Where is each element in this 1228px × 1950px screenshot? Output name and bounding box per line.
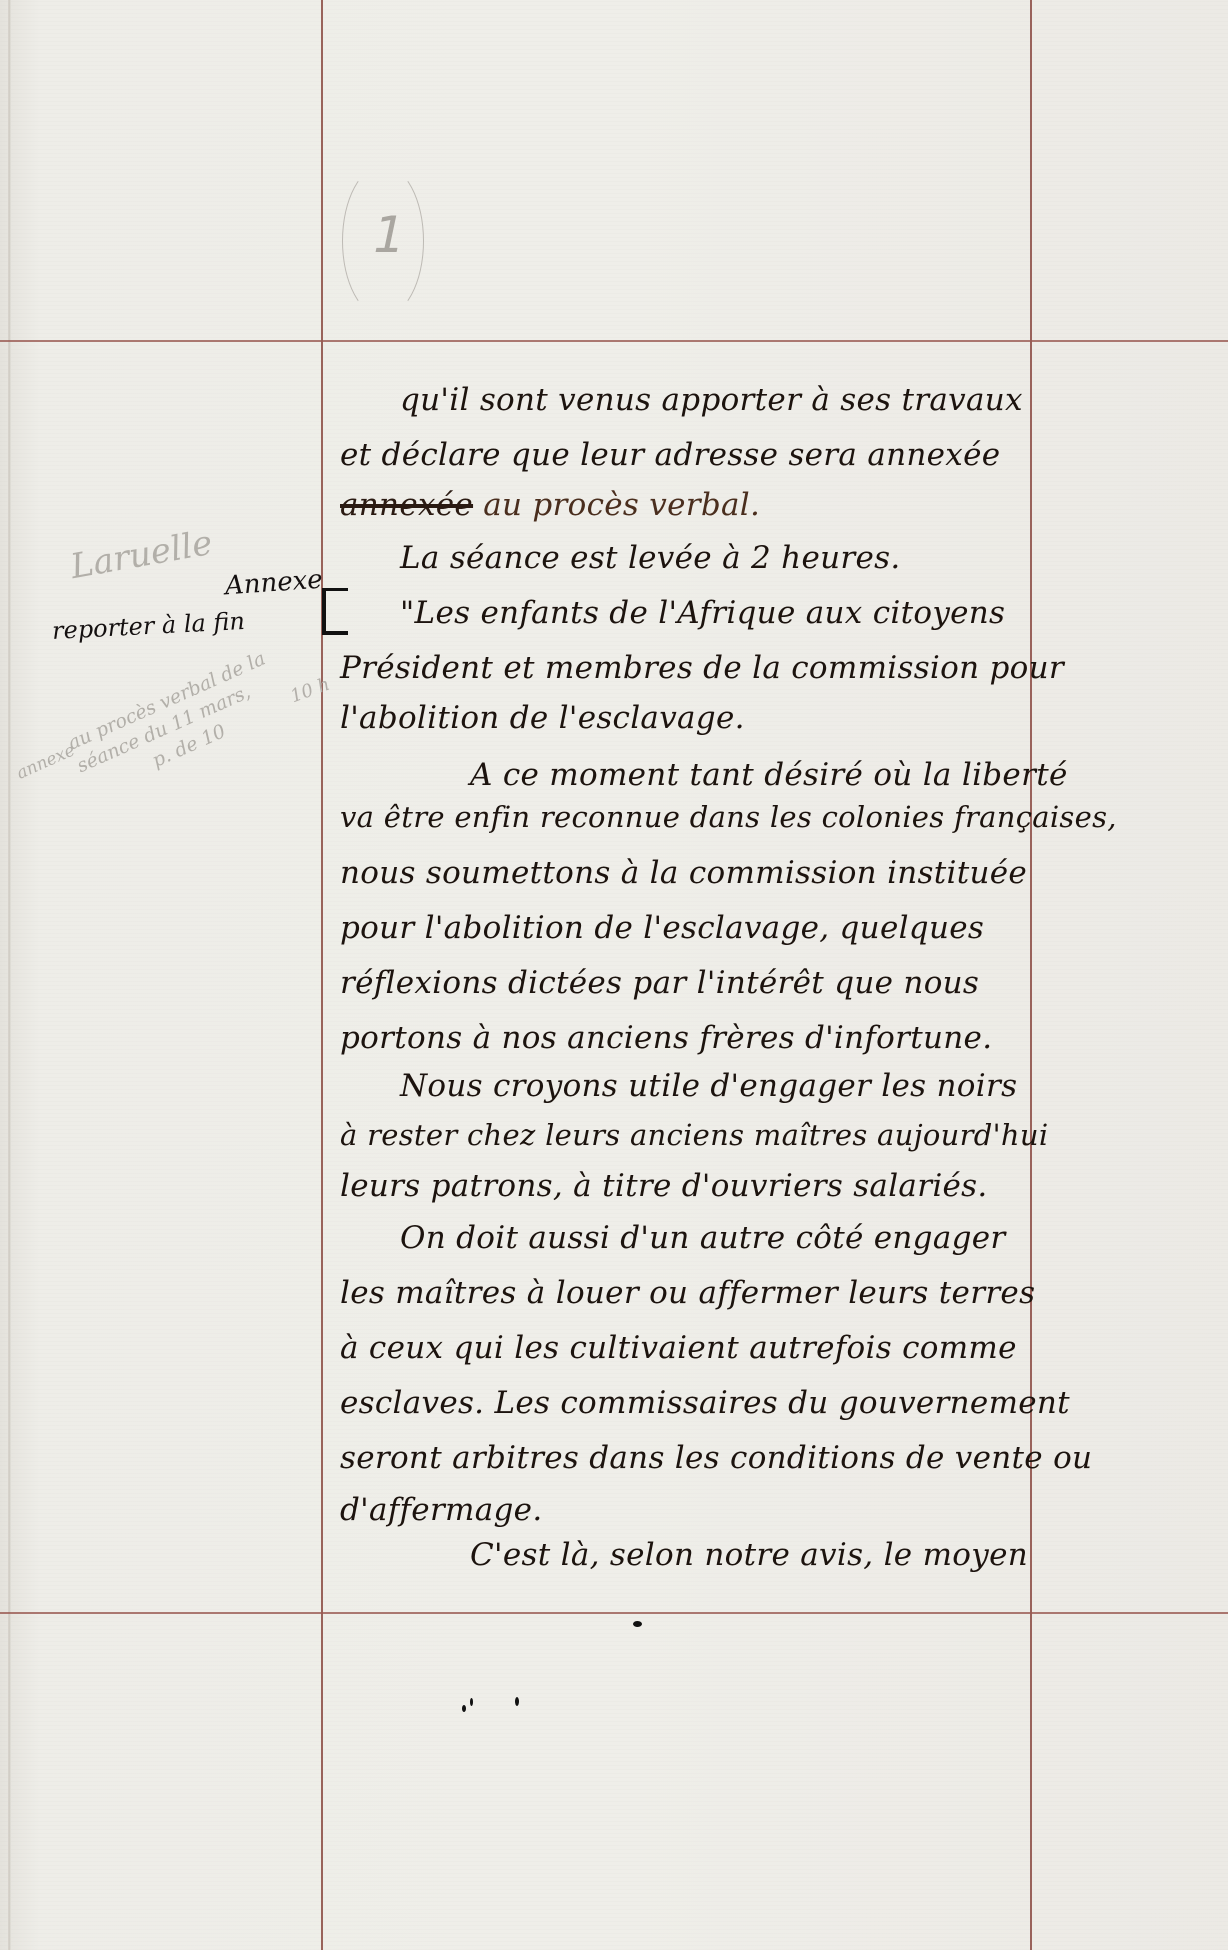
ink-blot	[633, 1621, 642, 1627]
folio-number: 1	[367, 206, 411, 264]
text-line: Président et membres de la commission po…	[340, 650, 1040, 686]
text-line: l'abolition de l'esclavage.	[340, 700, 1040, 736]
text-line: esclaves. Les commissaires du gouverneme…	[340, 1385, 1040, 1421]
margin-annex-label: Annexe	[224, 565, 324, 602]
ink-blot	[515, 1697, 519, 1706]
struck-word: annexée	[340, 487, 473, 523]
text-line: pour l'abolition de l'esclavage, quelque…	[340, 910, 1040, 946]
text-line: annexée au procès verbal.	[340, 487, 1040, 523]
text-line: La séance est levée à 2 heures.	[340, 540, 1100, 576]
text-line: leurs patrons, à titre d'ouvriers salari…	[340, 1168, 1040, 1204]
manuscript-page: 1 Laruelle Annexe reporter à la fin au p…	[0, 0, 1228, 1950]
ink-blot	[462, 1705, 466, 1712]
text-line: portons à nos anciens frères d'infortune…	[340, 1020, 1040, 1056]
bottom-rule	[0, 1612, 1228, 1614]
text-line: qu'il sont venus apporter à ses travaux	[340, 382, 1100, 418]
margin-instruction: reporter à la fin	[51, 607, 245, 645]
folio-number-circled: 1	[342, 165, 424, 317]
text-line: et déclare que leur adresse sera annexée	[340, 437, 1040, 473]
text-line: On doit aussi d'un autre côté engager	[340, 1220, 1100, 1256]
text-line: les maîtres à louer ou affermer leurs te…	[340, 1275, 1040, 1311]
text-line: d'affermage.	[340, 1492, 1040, 1528]
margin-pencil-side: 10 h	[288, 674, 333, 707]
text-line: à rester chez leurs anciens maîtres aujo…	[340, 1118, 1040, 1152]
text-line: réflexions dictées par l'intérêt que nou…	[340, 965, 1040, 1001]
ink-blot	[470, 1698, 473, 1706]
text-line: seront arbitres dans les conditions de v…	[340, 1440, 1040, 1476]
text-line: à ceux qui les cultivaient autrefois com…	[340, 1330, 1040, 1366]
text-line: nous soumettons à la commission institué…	[340, 855, 1040, 891]
text-line: Nous croyons utile d'engager les noirs	[340, 1068, 1100, 1104]
text-line: va être enfin reconnue dans les colonies…	[340, 800, 1040, 834]
text-line: C'est là, selon notre avis, le moyen	[340, 1537, 1170, 1573]
top-rule	[0, 340, 1228, 342]
margin-pencil-name: Laruelle	[68, 523, 216, 587]
page-fold	[8, 0, 11, 1950]
text-line: A ce moment tant désiré où la liberté	[340, 757, 1170, 793]
text-line: "Les enfants de l'Afrique aux citoyens	[340, 595, 1100, 631]
margin-pencil-prefix: annexe	[14, 740, 79, 783]
left-margin-rule	[321, 0, 323, 1950]
